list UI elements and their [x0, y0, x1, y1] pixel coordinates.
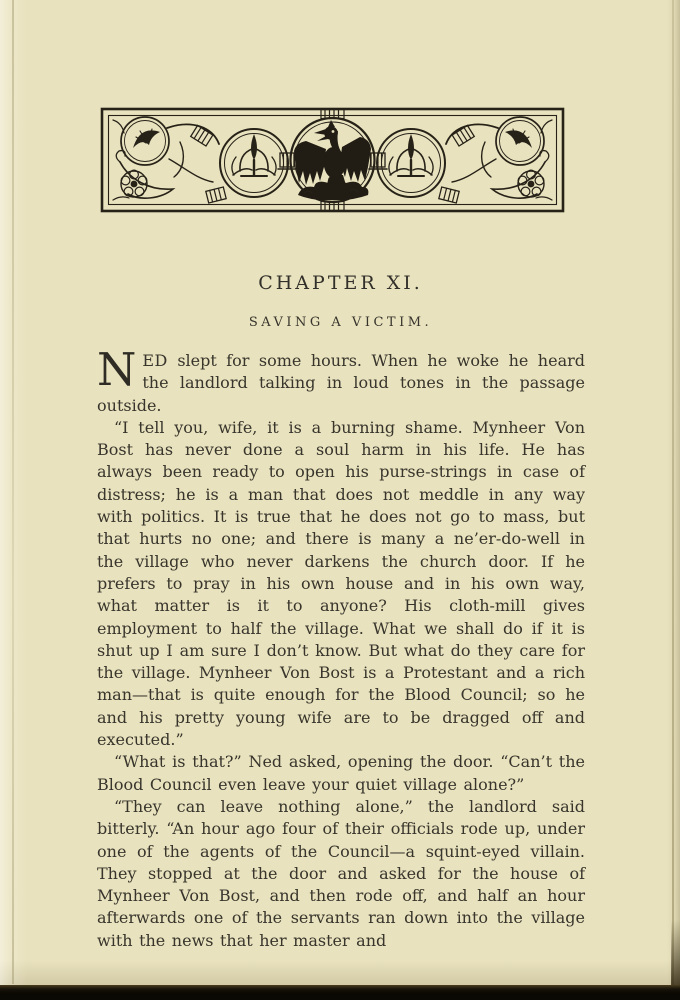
paragraph: NED slept for some hours. When he woke h…	[97, 350, 585, 417]
chapter-title: CHAPTER XI.	[97, 272, 584, 294]
paragraph-text: slept for some hours. When he woke he he…	[97, 351, 585, 415]
paragraph: “They can leave nothing alone,” the land…	[97, 796, 585, 952]
headpiece-eagle-illustration	[100, 107, 565, 213]
lead-capitals: ED	[142, 351, 168, 370]
scan-bottom-edge	[0, 985, 680, 1000]
page-edge-right	[672, 0, 674, 986]
page-crease	[12, 0, 14, 984]
paragraph: “I tell you, wife, it is a burning shame…	[97, 417, 585, 751]
paragraph: “What is that?” Ned asked, opening the d…	[97, 751, 585, 796]
chapter-subtitle: SAVING A VICTIM.	[97, 315, 584, 330]
body-text: NED slept for some hours. When he woke h…	[97, 350, 585, 952]
headpiece-ornament	[100, 107, 565, 213]
drop-cap: N	[97, 350, 142, 388]
page-edge-shadow	[671, 920, 680, 990]
book-page-scan: CHAPTER XI. SAVING A VICTIM. NED slept f…	[0, 0, 680, 1000]
